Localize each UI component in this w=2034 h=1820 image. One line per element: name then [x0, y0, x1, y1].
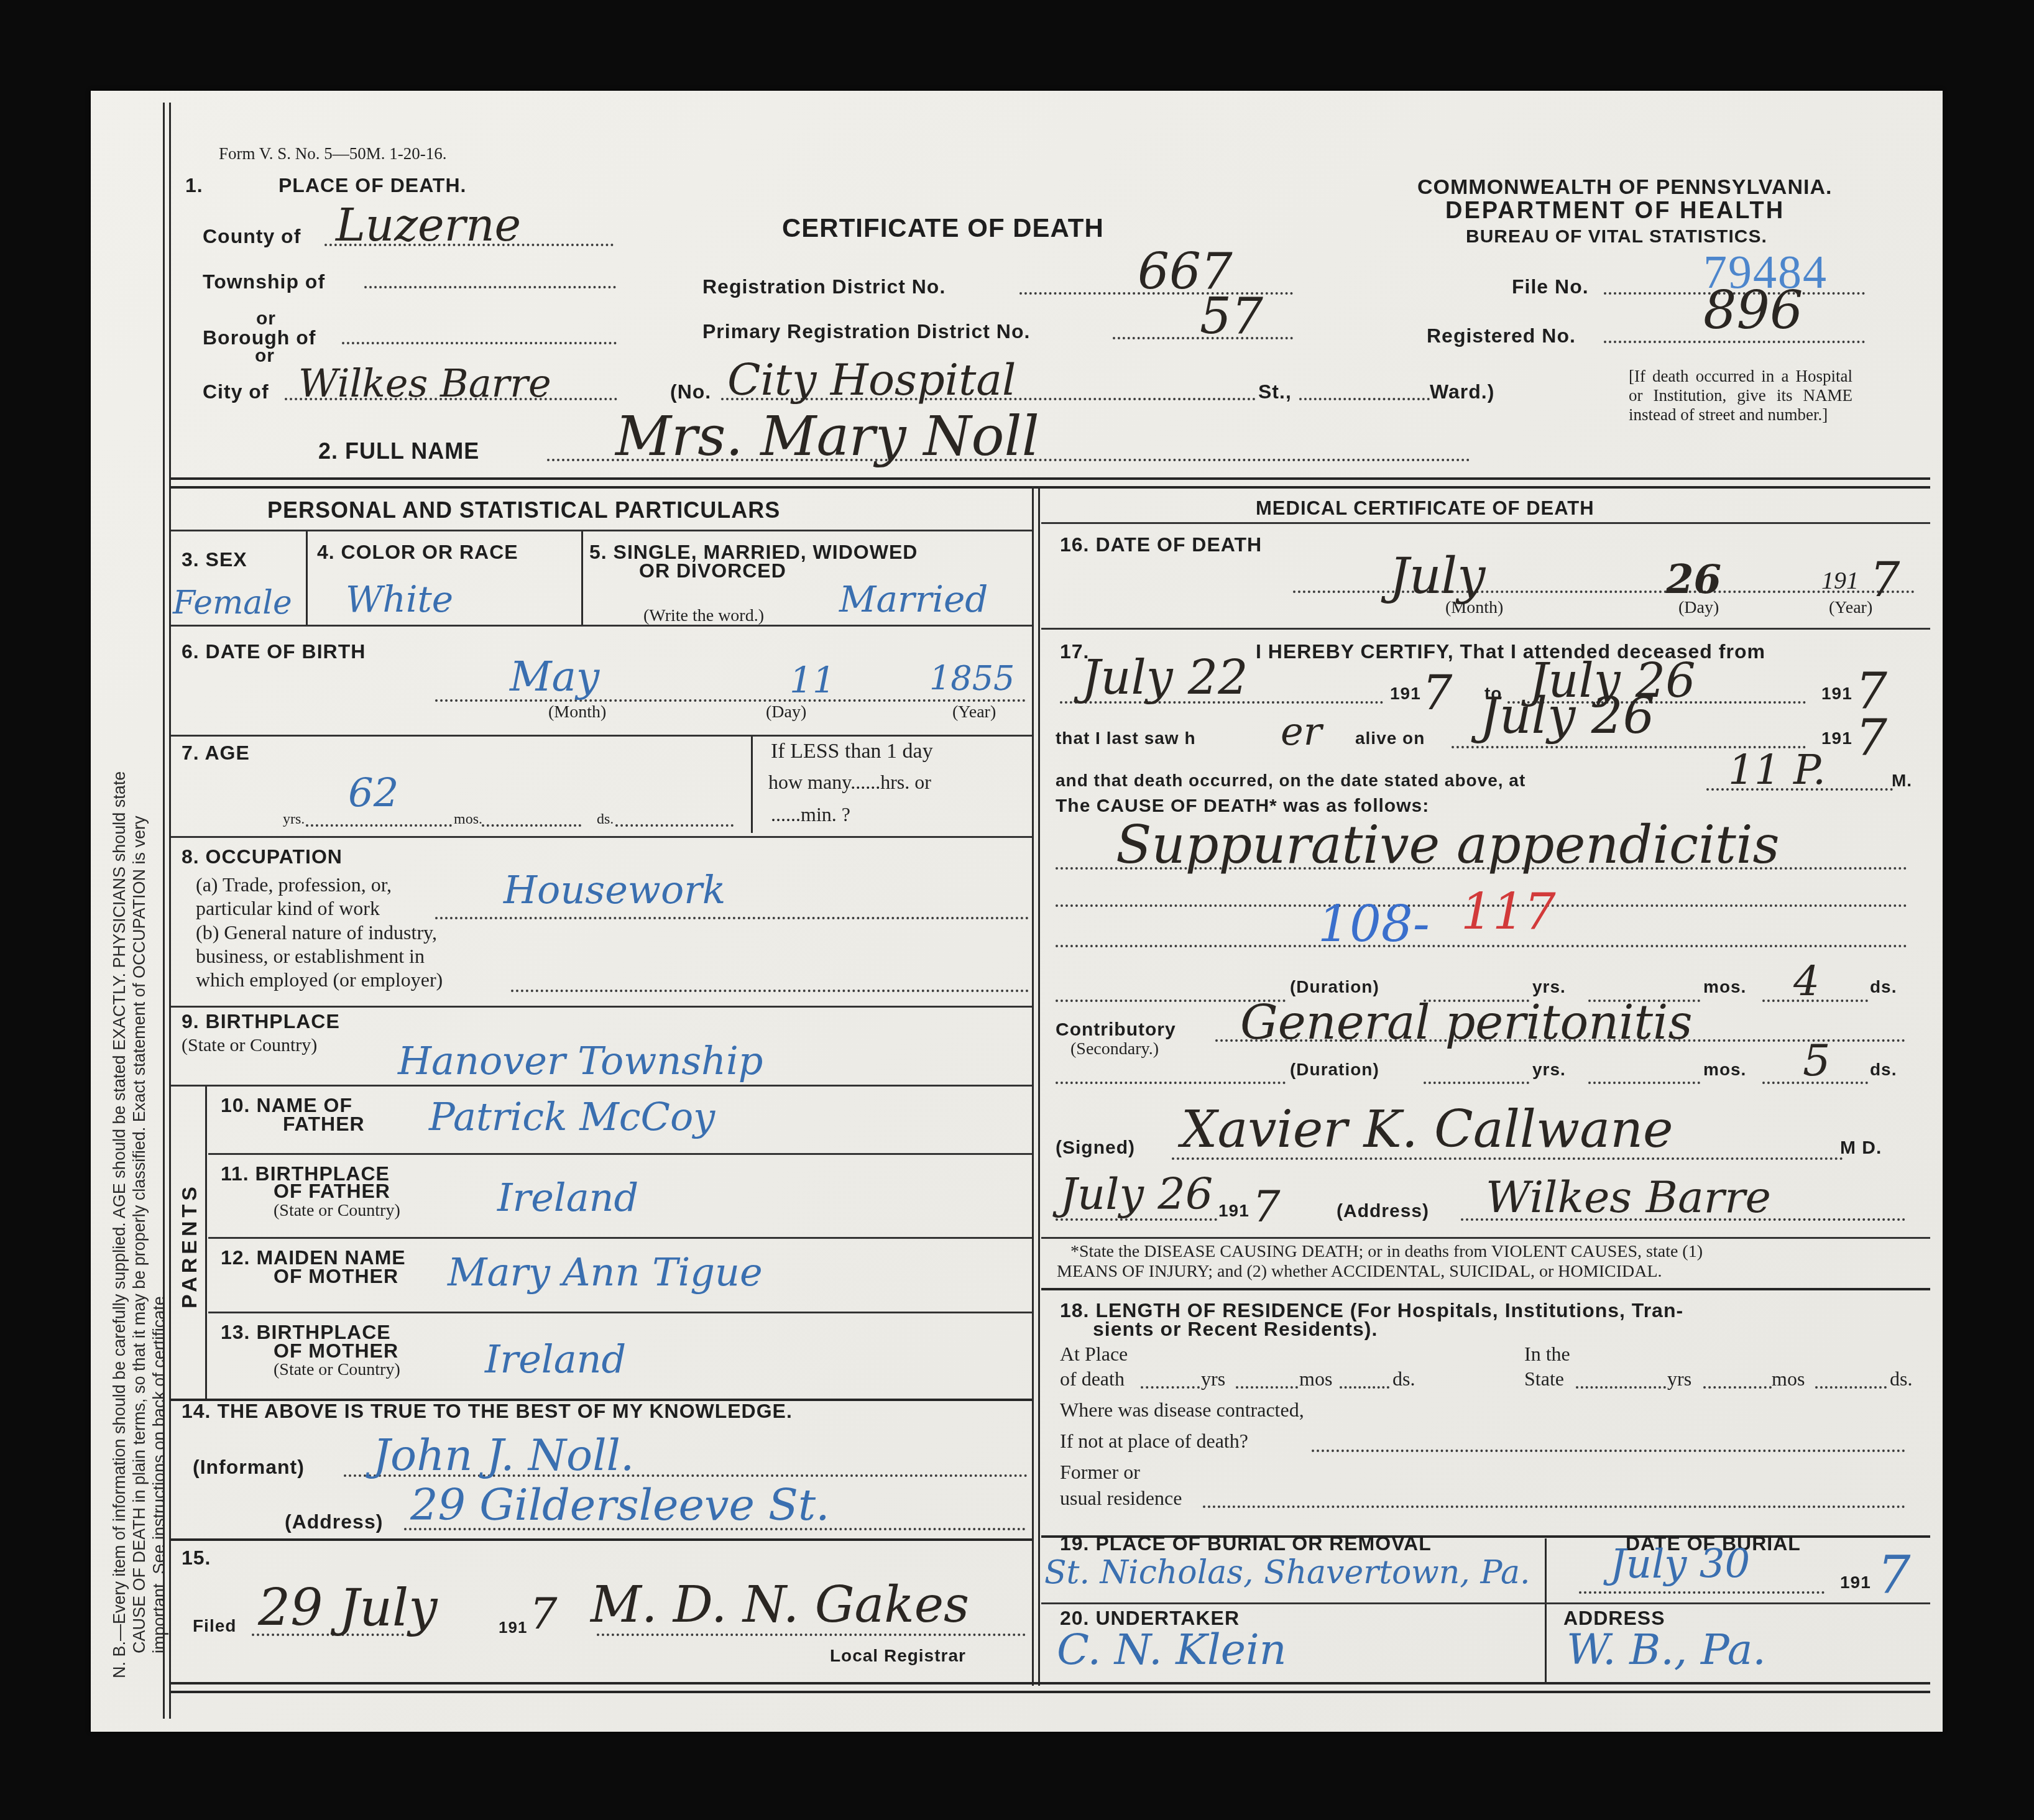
row-divider	[171, 1085, 1032, 1087]
attended-from-year-prefix: 191	[1390, 684, 1421, 704]
dob-day-caption: (Day)	[766, 702, 806, 722]
occupation-b-line-2: business, or establishment in	[196, 945, 425, 968]
contracted-line[interactable]	[1312, 1450, 1905, 1452]
parents-bracket-line	[205, 1087, 207, 1400]
physician-address-label: (Address)	[1337, 1201, 1429, 1222]
street-no-label: (No.	[670, 380, 711, 403]
marital-hint: (Write the word.)	[643, 606, 764, 626]
last-saw-pronoun[interactable]: er	[1281, 709, 1322, 754]
row-divider	[1041, 1602, 1930, 1604]
divider-top-2	[171, 486, 1930, 489]
dod-year-caption: (Year)	[1829, 598, 1872, 618]
bureau-heading: BUREAU OF VITAL STATISTICS.	[1466, 226, 1767, 247]
margin-note-line-2: CAUSE OF DEATH in plain terms, so that i…	[129, 771, 149, 1678]
dod-month-caption: (Month)	[1445, 598, 1503, 618]
birthplace-label: 9. BIRTHPLACE	[182, 1010, 340, 1033]
less-than-day-label: If LESS than 1 day	[771, 740, 933, 763]
at-place-yrs-label: yrs	[1201, 1367, 1225, 1390]
last-saw-date[interactable]: July 26	[1479, 687, 1655, 745]
dob-month[interactable]: May	[510, 653, 599, 701]
burial-year[interactable]: 7	[1877, 1545, 1910, 1606]
row-divider	[208, 1153, 1032, 1155]
place-of-death-heading: PLACE OF DEATH.	[278, 174, 466, 197]
informant-address-label: (Address)	[285, 1510, 383, 1533]
occupation-value[interactable]: Housework	[504, 867, 725, 912]
burial-year-prefix: 191	[1840, 1573, 1871, 1592]
row-divider	[208, 1312, 1032, 1313]
last-saw-year[interactable]: 7	[1856, 709, 1887, 766]
row-divider	[1041, 1237, 1930, 1239]
age-yrs-label: yrs.	[283, 811, 305, 828]
at-place-mos-label: mos	[1299, 1367, 1332, 1390]
attended-to-year-prefix: 191	[1821, 684, 1852, 704]
birthplace-value[interactable]: Hanover Township	[398, 1038, 763, 1083]
secondary-label: (Secondary.)	[1070, 1039, 1159, 1059]
in-state-yrs-line[interactable]	[1576, 1386, 1666, 1389]
race-label: 4. COLOR OR RACE	[317, 541, 518, 564]
form-number: Form V. S. No. 5—50M. 1-20-16.	[219, 144, 447, 163]
birthplace-sub-label: (State or Country)	[182, 1035, 317, 1056]
last-saw-year-prefix: 191	[1821, 728, 1852, 748]
in-state-mos-line[interactable]	[1703, 1386, 1772, 1389]
duration-mos-label: mos.	[1703, 977, 1746, 997]
in-state-ds-label: ds.	[1890, 1367, 1912, 1390]
former-residence-label-1: Former or	[1060, 1461, 1140, 1484]
age-ds-label: ds.	[597, 811, 614, 828]
city-value[interactable]: Wilkes Barre	[298, 361, 551, 406]
filed-year-suffix[interactable]: 7	[530, 1588, 558, 1639]
row-divider	[1041, 1288, 1930, 1290]
undertaker-value[interactable]: C. N. Klein	[1057, 1625, 1287, 1675]
margin-note-line-3: important. See instructions on back of c…	[149, 771, 169, 1678]
row-divider	[1041, 522, 1930, 524]
in-state-label-1: In the	[1524, 1343, 1570, 1366]
informant-value[interactable]: John J. Noll.	[373, 1430, 634, 1481]
date-of-death-month[interactable]: July	[1389, 547, 1485, 605]
contrib-duration-mos-line[interactable]	[1588, 1082, 1700, 1084]
time-of-death[interactable]: 11 P.	[1728, 746, 1826, 794]
burial-date-value[interactable]: July 30	[1610, 1542, 1750, 1588]
row-divider	[171, 836, 1032, 838]
sex-label: 3. SEX	[182, 548, 247, 571]
primary-district-value[interactable]: 57	[1200, 287, 1263, 345]
contributory-value[interactable]: General peritonitis	[1240, 995, 1692, 1050]
ward-label: Ward.)	[1430, 380, 1494, 403]
occupation-a-line-2: particular kind of work	[196, 897, 380, 920]
undertaker-address-value[interactable]: W. B., Pa.	[1567, 1625, 1766, 1675]
dob-year-caption: (Year)	[952, 702, 996, 722]
father-name-value[interactable]: Patrick McCoy	[429, 1094, 715, 1139]
mother-name-value[interactable]: Mary Ann Tigue	[448, 1249, 763, 1295]
age-label: 7. AGE	[182, 742, 250, 765]
primary-district-label: Primary Registration District No.	[702, 320, 1030, 343]
row-divider	[171, 735, 1032, 737]
mother-name-label-2: OF MOTHER	[274, 1265, 398, 1288]
age-mos-label: mos.	[454, 811, 482, 828]
contracted-label-1: Where was disease contracted,	[1060, 1399, 1304, 1422]
how-many-hours-label: how many......hrs. or	[768, 771, 931, 794]
date-of-death-year-prefix: 191	[1821, 566, 1859, 595]
knowledge-statement: 14. THE ABOVE IS TRUE TO THE BEST OF MY …	[182, 1400, 793, 1423]
signed-year-prefix: 191	[1218, 1201, 1249, 1221]
signed-year[interactable]: 7	[1253, 1181, 1281, 1232]
filed-year-prefix: 191	[499, 1618, 527, 1637]
mother-birthplace-sub: (State or Country)	[274, 1360, 400, 1380]
contrib-duration-yrs-label: yrs.	[1532, 1060, 1566, 1080]
registered-no-line	[1604, 341, 1865, 343]
frame-line-left-inner	[169, 103, 171, 1719]
mother-birthplace-label-2: OF MOTHER	[274, 1340, 398, 1363]
dob-month-caption: (Month)	[548, 702, 606, 722]
duration-ds-label: ds.	[1870, 977, 1897, 997]
father-birthplace-label-2: OF FATHER	[274, 1180, 390, 1203]
at-place-yrs-line[interactable]	[1141, 1386, 1200, 1389]
at-place-mos-line[interactable]	[1236, 1386, 1298, 1389]
center-divider-2	[1038, 486, 1040, 1686]
physician-address[interactable]: Wilkes Barre	[1486, 1172, 1771, 1223]
county-value[interactable]: Luzerne	[336, 199, 521, 251]
commonwealth-heading: COMMONWEALTH OF PENNSYLVANIA.	[1417, 175, 1832, 200]
at-place-label-1: At Place	[1060, 1343, 1128, 1366]
registrar-label: Local Registrar	[830, 1646, 966, 1666]
date-of-death-label: 16. DATE OF DEATH	[1060, 533, 1262, 556]
footnote-line-1: *State the DISEASE CAUSING DEATH; or in …	[1070, 1242, 1703, 1262]
row-divider	[171, 625, 1032, 627]
age-ds-line[interactable]	[615, 824, 734, 827]
informant-label: (Informant)	[193, 1456, 305, 1479]
age-yrs-line	[306, 824, 452, 827]
cause-of-death-label: The CAUSE OF DEATH* was as follows:	[1056, 796, 1429, 817]
how-many-minutes-label: ......min. ?	[771, 803, 850, 826]
attended-from-value[interactable]: July 22	[1082, 650, 1248, 705]
row-divider	[171, 530, 1032, 531]
frame-line-left-outer	[163, 103, 165, 1719]
dob-year[interactable]: 1855	[929, 659, 1015, 698]
at-place-label-2: of death	[1060, 1367, 1125, 1390]
sex-value[interactable]: Female	[173, 584, 292, 622]
signed-date[interactable]: July 26	[1060, 1169, 1213, 1220]
dob-label: 6. DATE OF BIRTH	[182, 640, 366, 663]
burial-place-value[interactable]: St. Nicholas, Shavertown, Pa.	[1044, 1554, 1530, 1591]
medical-heading: MEDICAL CERTIFICATE OF DEATH	[1256, 497, 1595, 520]
industry-line[interactable]	[511, 990, 1029, 992]
registrar-signature-line	[597, 1634, 1026, 1636]
registered-no-value[interactable]: 896	[1703, 280, 1803, 341]
parents-label: PARENTS	[178, 1183, 202, 1308]
contrib-duration-ds-label: ds.	[1870, 1060, 1897, 1080]
certificate-title: CERTIFICATE OF DEATH	[782, 213, 1104, 243]
row-divider	[171, 1538, 1032, 1541]
father-birthplace-sub: (State or Country)	[274, 1201, 400, 1221]
contributory-label: Contributory	[1056, 1019, 1176, 1041]
divider-bottom-2	[171, 1691, 1930, 1693]
dod-day-caption: (Day)	[1678, 598, 1719, 618]
in-state-yrs-label: yrs	[1667, 1367, 1691, 1390]
race-value[interactable]: White	[346, 578, 453, 620]
signed-label: (Signed)	[1056, 1137, 1135, 1159]
divider-bottom-1	[171, 1682, 1930, 1684]
county-label: County of	[203, 225, 301, 248]
st-label: St.,	[1258, 380, 1292, 403]
marital-value[interactable]: Married	[839, 578, 988, 620]
former-residence-line[interactable]	[1203, 1505, 1905, 1508]
contrib-duration-label: (Duration)	[1290, 1060, 1379, 1080]
at-place-ds-label: ds.	[1392, 1367, 1415, 1390]
registered-no-label: Registered No.	[1427, 324, 1576, 347]
former-residence-label-2: usual residence	[1060, 1487, 1182, 1510]
row-divider	[171, 1006, 1032, 1008]
father-name-label-2: FATHER	[283, 1113, 365, 1136]
in-state-label-2: State	[1524, 1367, 1564, 1390]
occupation-b-line-3: which employed (or employer)	[196, 968, 443, 991]
township-line[interactable]	[364, 286, 616, 288]
ward-line[interactable]	[1299, 398, 1430, 400]
m-label: M.	[1892, 771, 1912, 791]
hospital-note: [If death occurred in a Hospital or Inst…	[1629, 367, 1852, 425]
occupation-a-line-1: (a) Trade, profession, or,	[196, 873, 392, 896]
md-label: M D.	[1840, 1137, 1882, 1159]
street-value[interactable]: City Hospital	[727, 354, 1016, 405]
township-label: Township of	[203, 270, 325, 293]
occupation-line	[435, 917, 1029, 919]
cause-duration-days[interactable]: 4	[1793, 957, 1820, 1005]
row-divider	[1041, 628, 1930, 630]
registration-district-label: Registration District No.	[702, 275, 946, 298]
in-state-mos-label: mos	[1772, 1367, 1805, 1390]
center-divider-1	[1032, 486, 1034, 1686]
filed-date-value[interactable]: 29 July	[258, 1579, 438, 1638]
contrib-duration-mos-label: mos.	[1703, 1060, 1746, 1080]
full-name-value[interactable]: Mrs. Mary Noll	[615, 404, 1039, 468]
contrib-duration-prefix-line	[1056, 1082, 1286, 1084]
filed-section-number: 15.	[182, 1547, 211, 1570]
in-state-ds-line[interactable]	[1815, 1386, 1887, 1389]
mother-birthplace-value[interactable]: Ireland	[485, 1336, 626, 1382]
registrar-signature[interactable]: M. D. N. Gakes	[591, 1576, 969, 1634]
col-divider	[751, 737, 753, 833]
burial-date-line	[1579, 1591, 1825, 1594]
col-divider	[306, 531, 308, 625]
or-label-2: or	[255, 346, 275, 367]
city-label: City of	[203, 380, 269, 403]
age-years-value[interactable]: 62	[348, 771, 398, 817]
file-no-label: File No.	[1512, 275, 1589, 298]
contracted-label-2: If not at place of death?	[1060, 1430, 1248, 1453]
occupation-label: 8. OCCUPATION	[182, 845, 343, 868]
cause-line-3[interactable]	[1056, 945, 1907, 947]
physician-signature[interactable]: Xavier K. Callwane	[1181, 1100, 1673, 1159]
death-occurred-label: and that death occurred, on the date sta…	[1056, 771, 1526, 791]
full-name-label: 2. FULL NAME	[318, 438, 479, 464]
filed-label: Filed	[193, 1616, 236, 1636]
burial-place-label: 19. PLACE OF BURIAL OR REMOVAL	[1060, 1532, 1432, 1555]
personal-heading: PERSONAL AND STATISTICAL PARTICULARS	[267, 497, 780, 523]
alive-on-label: alive on	[1355, 728, 1425, 748]
department-heading: DEPARTMENT OF HEALTH	[1445, 198, 1785, 224]
col-divider	[1545, 1538, 1547, 1684]
marital-label-2: OR DIVORCED	[639, 559, 786, 582]
date-of-death-day[interactable]: 26	[1666, 556, 1721, 603]
borough-line[interactable]	[342, 342, 617, 344]
age-mos-line[interactable]	[482, 824, 581, 827]
dob-day[interactable]: 11	[789, 659, 835, 701]
divider-top-1	[171, 477, 1930, 480]
occupation-b-line-1: (b) General nature of industry,	[196, 921, 437, 944]
residence-label-2: sients or Recent Residents).	[1093, 1318, 1378, 1341]
contrib-duration-yrs-line[interactable]	[1424, 1082, 1529, 1084]
classification-code-red[interactable]: 117	[1461, 883, 1556, 940]
section-1-number: 1.	[185, 174, 203, 197]
last-saw-label: that I last saw h	[1056, 728, 1196, 748]
margin-note: N. B.—Every item of information should b…	[109, 771, 169, 1678]
father-birthplace-value[interactable]: Ireland	[497, 1175, 638, 1220]
date-of-death-year-suffix[interactable]: 7	[1870, 552, 1900, 607]
attended-from-year[interactable]: 7	[1422, 665, 1452, 720]
col-divider	[581, 531, 583, 625]
footnote-line-2: MEANS OF INJURY; and (2) whether ACCIDEN…	[1057, 1262, 1662, 1282]
informant-address-value[interactable]: 29 Gildersleeve St.	[410, 1479, 829, 1530]
cause-of-death-value[interactable]: Suppurative appendicitis	[1116, 814, 1780, 875]
contrib-duration-days[interactable]: 5	[1803, 1035, 1831, 1086]
row-divider	[208, 1237, 1032, 1239]
margin-note-line-1: N. B.—Every item of information should b…	[109, 771, 129, 1678]
at-place-ds-line[interactable]	[1340, 1386, 1389, 1389]
